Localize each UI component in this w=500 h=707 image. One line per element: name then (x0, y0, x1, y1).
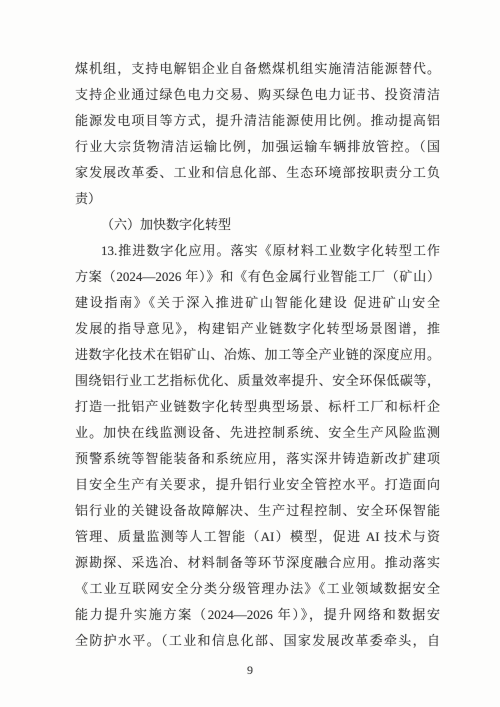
text-line: 责） (75, 186, 440, 212)
page-number: 9 (0, 662, 500, 678)
text-line: 能力提升实施方案（2024—2026 年）》，提升网络和数据安 (75, 602, 440, 628)
text-line: 能源发电项目等方式，提升清洁能源使用比例。推动提高铝 (75, 108, 440, 134)
text-line: 预警系统等智能装备和系统应用，落实深井铸造新改扩建项 (75, 446, 440, 472)
section-heading: （六）加快数字化转型 (75, 212, 440, 238)
text-line: 源勘探、采选冶、材料制备等环节深度融合应用。推动落实 (75, 550, 440, 576)
text-line: 建设指南》《关于深入推进矿山智能化建设 促进矿山安全 (75, 290, 440, 316)
text-line: 目安全生产有关要求，提升铝行业安全管控水平。打造面向 (75, 472, 440, 498)
text-line: 方案（2024—2026 年）》和《有色金属行业智能工厂（矿山） (75, 264, 440, 290)
document-page: 煤机组，支持电解铝企业自备燃煤机组实施清洁能源替代。 支持企业通过绿色电力交易、… (0, 0, 500, 707)
text-line: 煤机组，支持电解铝企业自备燃煤机组实施清洁能源替代。 (75, 56, 440, 82)
text-line: 进数字化技术在铝矿山、冶炼、加工等全产业链的深度应用。 (75, 342, 440, 368)
text-line: 铝行业的关键设备故障解决、生产过程控制、安全环保智能 (75, 498, 440, 524)
text-line: 发展的指导意见》，构建铝产业链数字化转型场景图谱，推 (75, 316, 440, 342)
text-line: 支持企业通过绿色电力交易、购买绿色电力证书、投资清洁 (75, 82, 440, 108)
text-content: 煤机组，支持电解铝企业自备燃煤机组实施清洁能源替代。 支持企业通过绿色电力交易、… (75, 56, 440, 654)
text-line: 业。加快在线监测设备、先进控制系统、安全生产风险监测 (75, 420, 440, 446)
text-line: 13.推进数字化应用。落实《原材料工业数字化转型工作 (75, 238, 440, 264)
text-line: 《工业互联网安全分类分级管理办法》《工业领域数据安全 (75, 576, 440, 602)
text-line: 围绕铝行业工艺指标优化、质量效率提升、安全环保低碳等， (75, 368, 440, 394)
text-line: 家发展改革委、工业和信息化部、生态环境部按职责分工负 (75, 160, 440, 186)
text-line: 打造一批铝产业链数字化转型典型场景、标杆工厂和标杆企 (75, 394, 440, 420)
text-line: 管理、质量监测等人工智能（AI）模型，促进 AI 技术与资 (75, 524, 440, 550)
text-line: 全防护水平。（工业和信息化部、国家发展改革委牵头，自 (75, 628, 440, 654)
text-line: 行业大宗货物清洁运输比例，加强运输车辆排放管控。（国 (75, 134, 440, 160)
